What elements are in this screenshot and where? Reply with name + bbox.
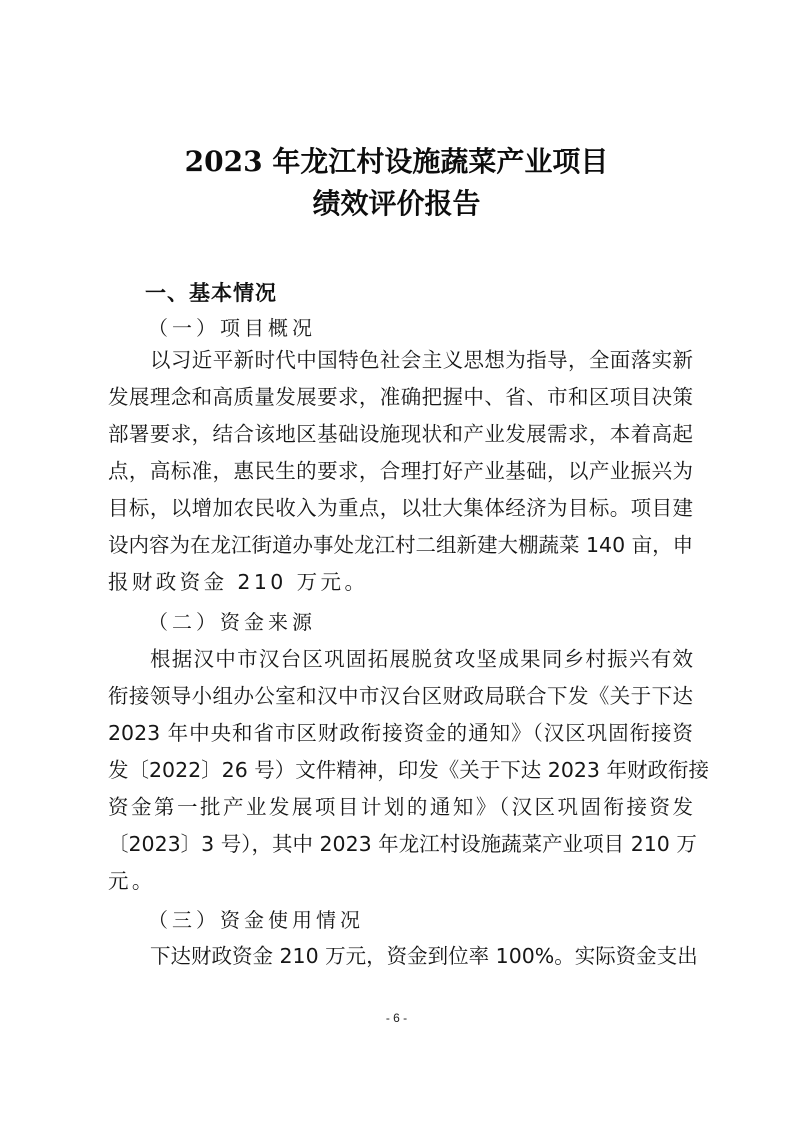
paragraph-line: 点，高标准，惠民生的要求，合理打好产业基础，以产业振兴为	[108, 456, 693, 486]
paragraph-line: 设内容为在龙江街道办事处龙江村二组新建大棚蔬菜 140 亩，申	[108, 530, 693, 560]
paragraph-line: 以习近平新时代中国特色社会主义思想为指导，全面落实新	[150, 345, 693, 375]
section-heading-basic-info: 一、基本情况	[145, 278, 277, 308]
paragraph-line: 〔2023〕3 号），其中 2023 年龙江村设施蔬菜产业项目 210 万	[108, 829, 693, 859]
document-title-line-2: 绩效评价报告	[0, 184, 793, 224]
paragraph-line: 发〔2022〕26 号）文件精神，印发《关于下达 2023 年财政衔接	[108, 755, 693, 785]
document-title-line-1: 2023 年龙江村设施蔬菜产业项目	[0, 142, 793, 182]
paragraph-line: 部署要求，结合该地区基础设施现状和产业发展需求，本着高起	[108, 419, 693, 449]
subsection-heading-fund-source: （二）资金来源	[148, 607, 316, 637]
paragraph-line: 发展理念和高质量发展要求，准确把握中、省、市和区项目决策	[108, 382, 693, 412]
subsection-heading-fund-usage: （三）资金使用情况	[148, 905, 364, 935]
paragraph-line: 下达财政资金 210 万元，资金到位率 100%。实际资金支出	[150, 941, 693, 971]
paragraph-line: 目标，以增加农民收入为重点，以壮大集体经济为目标。项目建	[108, 493, 693, 523]
subsection-heading-project-overview: （一）项目概况	[148, 313, 316, 343]
paragraph-line: 报财政资金 210 万元。	[108, 567, 693, 597]
paragraph-line: 2023 年中央和省市区财政衔接资金的通知》（汉区巩固衔接资	[108, 718, 693, 748]
paragraph-line: 元。	[108, 866, 693, 896]
document-page: 2023 年龙江村设施蔬菜产业项目 绩效评价报告 一、基本情况 （一）项目概况 …	[0, 0, 793, 1122]
page-number: - 6 -	[0, 1010, 793, 1026]
paragraph-line: 衔接领导小组办公室和汉中市汉台区财政局联合下发《关于下达	[108, 681, 693, 711]
paragraph-line: 根据汉中市汉台区巩固拓展脱贫攻坚成果同乡村振兴有效	[150, 644, 693, 674]
paragraph-line: 资金第一批产业发展项目计划的通知》（汉区巩固衔接资发	[108, 792, 693, 822]
